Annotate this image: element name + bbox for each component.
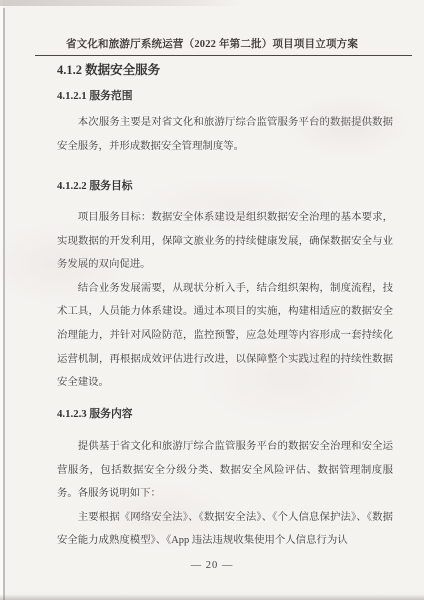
page-number: — 20 — (0, 560, 424, 571)
paragraph: 提供基于省文化和旅游厅综合监管服务平台的数据安全治理和安全运营服务，包括数据安全… (57, 435, 393, 506)
subsection-heading-service-content: 4.1.2.3 服务内容 (57, 406, 133, 421)
paragraph: 主要根据《网络安全法》、《数据安全法》、《个人信息保护法》、《数据安全能力成熟度… (57, 506, 393, 553)
section-heading-data-security-service: 4.1.2 数据安全服务 (57, 60, 160, 78)
subsection-heading-service-goal: 4.1.2.2 服务目标 (57, 178, 133, 193)
scan-top-shadow (0, 0, 242, 6)
header-rule (35, 55, 412, 56)
service-scope-body: 本次服务主要是对省文化和旅游厅综合监管服务平台的数据提供数据安全服务，并形成数据… (57, 111, 393, 158)
subsection-heading-service-scope: 4.1.2.1 服务范围 (57, 88, 133, 103)
scan-bottom-shadow (0, 594, 424, 600)
scanned-document-page: 省文化和旅游厅系统运营（2022 年第二批）项目项目立项方案 4.1.2 数据安… (0, 0, 424, 600)
service-content-body: 提供基于省文化和旅游厅综合监管服务平台的数据安全治理和安全运营服务，包括数据安全… (57, 435, 393, 553)
paragraph: 本次服务主要是对省文化和旅游厅综合监管服务平台的数据提供数据安全服务，并形成数据… (57, 111, 393, 158)
scan-edge-artifact (3, 8, 5, 600)
paragraph: 项目服务目标：数据安全体系建设是组织数据安全治理的基本要求，实现数据的开发利用，… (57, 206, 393, 277)
running-header-title: 省文化和旅游厅系统运营（2022 年第二批）项目项目立项方案 (0, 36, 424, 51)
paragraph: 结合业务发展需要，从现状分析入手，结合组织架构，制度流程，技术工具，人员能力体系… (57, 277, 393, 395)
service-goal-body: 项目服务目标：数据安全体系建设是组织数据安全治理的基本要求，实现数据的开发利用，… (57, 206, 393, 395)
